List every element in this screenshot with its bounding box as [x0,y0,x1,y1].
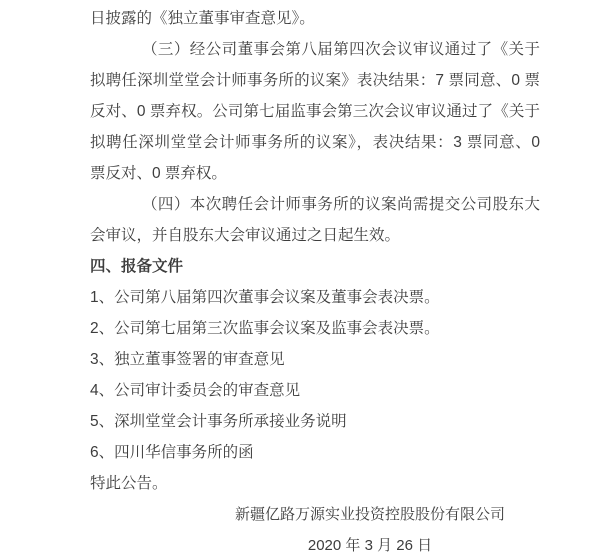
signature-block: 新疆亿路万源实业投资控股股份有限公司 2020 年 3 月 26 日 [90,499,540,560]
announcement-date: 2020 年 3 月 26 日 [200,530,540,560]
filing-item-4: 4、公司审计委员会的审查意见 [90,375,540,406]
company-name: 新疆亿路万源实业投资控股股份有限公司 [200,499,540,530]
filing-item-2: 2、公司第七届第三次监事会议案及监事会表决票。 [90,313,540,344]
filing-item-5: 5、深圳堂堂会计事务所承接业务说明 [90,406,540,437]
section-heading-filing-documents: 四、报备文件 [90,251,540,282]
closing-statement: 特此公告。 [90,468,540,499]
paragraph-continuation: 日披露的《独立董事审查意见》。 [90,3,540,34]
filing-item-1: 1、公司第八届第四次董事会议案及董事会表决票。 [90,282,540,313]
filing-item-3: 3、独立董事签署的审查意见 [90,344,540,375]
paragraph-item-four-shareholder-approval: （四）本次聘任会计师事务所的议案尚需提交公司股东大会审议，并自股东大会审议通过之… [90,189,540,251]
announcement-page: 日披露的《独立董事审查意见》。 （三）经公司董事会第八届第四次会议审议通过了《关… [0,0,595,560]
filing-item-6: 6、四川华信事务所的函 [90,437,540,468]
paragraph-item-three-vote-results: （三）经公司董事会第八届第四次会议审议通过了《关于拟聘任深圳堂堂会计师事务所的议… [90,34,540,189]
